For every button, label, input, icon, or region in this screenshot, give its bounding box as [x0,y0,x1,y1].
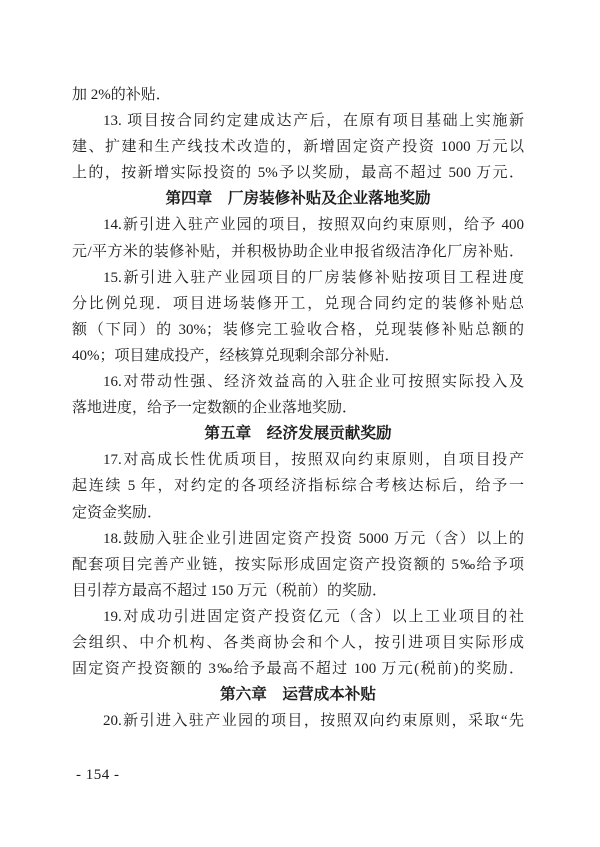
text-line: 上的，按新增实际投资的 5%予以奖励，最高不超过 500 万元． [72,160,524,186]
text-line: 额（下同）的 30%；装修完工验收合格，兑现装修补贴总额的 [72,317,524,343]
text-line: 起连续 5 年，对约定的各项经济指标综合考核达标后，给予一 [72,473,524,499]
text-line: 建、扩建和生产线技术改造的，新增固定资产投资 1000 万元以 [72,134,524,160]
text-line: 40%；项目建成投产，经核算兑现剩余部分补贴． [72,343,524,369]
chapter-heading: 第五章 经济发展贡献奖励 [72,421,524,447]
text-line: 元/平方米的装修补贴，并积极协助企业申报省级洁净化厂房补贴． [72,239,524,265]
text-line: 固定资产投资额的 3‰给予最高不超过 100 万元(税前)的奖励． [72,656,524,682]
text-line: 定资金奖励． [72,500,524,526]
text-line: 14.新引进入驻产业园的项目，按照双向约束原则，给予 400 [72,212,524,238]
text-line: 18.鼓励入驻企业引进固定资产投资 5000 万元（含）以上的 [72,526,524,552]
text-line: 19.对成功引进固定资产投资亿元（含）以上工业项目的社 [72,604,524,630]
text-line: 会组织、中介机构、各类商协会和个人，按引进项目实际形成 [72,630,524,656]
text-line: 加 2%的补贴． [72,82,524,108]
chapter-heading: 第六章 运营成本补贴 [72,682,524,708]
text-block: 加 2%的补贴．13. 项目按合同约定建成达产后，在原有项目基础上实施新建、扩建… [72,82,524,734]
text-line: 20.新引进入驻产业园的项目，按照双向约束原则，采取“先 [72,708,524,734]
text-line: 分比例兑现．项目进场装修开工，兑现合同约定的装修补贴总 [72,291,524,317]
chapter-heading: 第四章 厂房装修补贴及企业落地奖励 [72,186,524,212]
text-line: 15.新引进入驻产业园项目的厂房装修补贴按项目工程进度 [72,265,524,291]
text-line: 目引荐方最高不超过 150 万元（税前）的奖励． [72,578,524,604]
text-line: 16.对带动性强、经济效益高的入驻企业可按照实际投入及 [72,369,524,395]
text-line: 17.对高成长性优质项目，按照双向约束原则，自项目投产 [72,447,524,473]
text-line: 配套项目完善产业链，按实际形成固定资产投资额的 5‰给予项 [72,552,524,578]
page-number: - 154 - [76,765,120,785]
document-page: 加 2%的补贴．13. 项目按合同约定建成达产后，在原有项目基础上实施新建、扩建… [0,0,600,847]
text-line: 13. 项目按合同约定建成达产后，在原有项目基础上实施新 [72,108,524,134]
text-line: 落地进度，给予一定数额的企业落地奖励． [72,395,524,421]
